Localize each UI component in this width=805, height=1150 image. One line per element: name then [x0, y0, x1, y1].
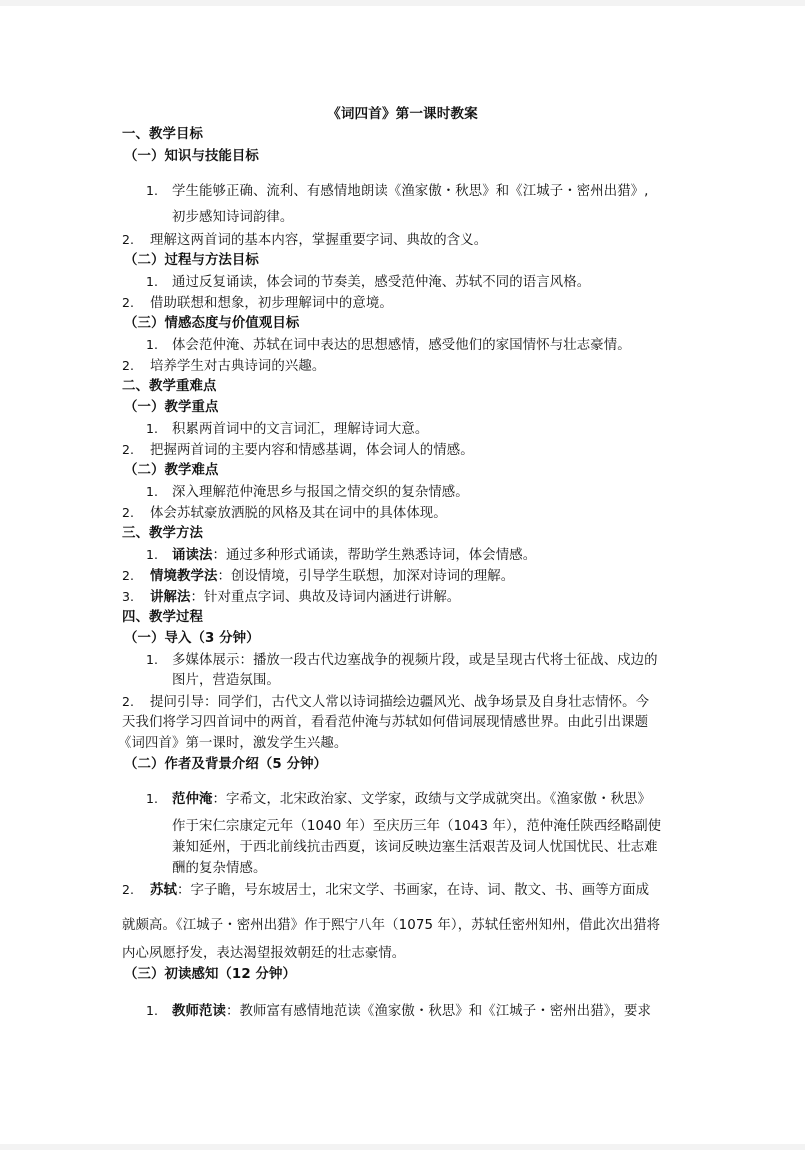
subsection-heading-focus: （一）教学重点 — [124, 399, 218, 417]
item-text: ：创设情境，引导学生联想，加深对诗词的理解。 — [217, 569, 514, 584]
item-text: 深入理解范仲淹思乡与报国之情交织的复杂情感。 — [172, 485, 469, 500]
document-title: 《词四首》第一课时教案 — [0, 105, 805, 123]
item-text-continuation: 内心夙愿抒发，表达渴望报效朝廷的壮志豪情。 — [122, 945, 405, 963]
list-item: 2.情境教学法：创设情境，引导学生联想，加深对诗词的理解。 — [122, 567, 514, 586]
list-item: 3.讲解法：针对重点字词、典故及诗词内涵进行讲解。 — [122, 588, 460, 607]
item-number: 3. — [122, 588, 150, 606]
item-text: 理解这两首词的基本内容，掌握重要字词、典故的含义。 — [150, 233, 487, 248]
list-item: 1.深入理解范仲淹思乡与报国之情交织的复杂情感。 — [146, 483, 469, 502]
section-heading-process: 四、教学过程 — [122, 609, 203, 627]
section-heading-methods: 三、教学方法 — [122, 525, 203, 543]
item-number: 2. — [122, 294, 150, 312]
list-item: 1.范仲淹：字希文，北宋政治家、文学家，政绩与文学成就突出。《渔家傲・秋思》 — [146, 790, 651, 809]
item-number: 1. — [146, 546, 172, 564]
list-item: 2.理解这两首词的基本内容，掌握重要字词、典故的含义。 — [122, 231, 487, 250]
item-number: 1. — [146, 790, 172, 808]
item-term: 范仲淹 — [172, 792, 212, 807]
list-item: 2.提问引导：同学们，古代文人常以诗词描绘边疆风光、战争场景及自身壮志情怀。今 — [122, 693, 649, 712]
section-heading-objectives: 一、教学目标 — [122, 126, 203, 144]
item-term: 苏轼 — [150, 883, 177, 898]
item-text: ：字希文，北宋政治家、文学家，政绩与文学成就突出。《渔家傲・秋思》 — [212, 792, 651, 807]
list-item: 1.教师范读：教师富有感情地范读《渔家傲・秋思》和《江城子・密州出猎》，要求 — [146, 1002, 651, 1021]
item-term: 讲解法 — [150, 590, 190, 605]
subsection-heading-authors: （二）作者及背景介绍（5 分钟） — [124, 756, 327, 774]
item-text: 体会苏轼豪放洒脱的风格及其在词中的具体体现。 — [150, 506, 447, 521]
item-text: 通过反复诵读，体会词的节奏美，感受范仲淹、苏轼不同的语言风格。 — [172, 275, 590, 290]
item-text: 体会范仲淹、苏轼在词中表达的思想感情，感受他们的家国情怀与壮志豪情。 — [172, 338, 631, 353]
document-page: 《词四首》第一课时教案 一、教学目标 （一）知识与技能目标 1.学生能够正确、流… — [0, 6, 805, 1144]
list-item: 2.体会苏轼豪放洒脱的风格及其在词中的具体体现。 — [122, 504, 447, 523]
item-number: 1. — [146, 483, 172, 501]
list-item: 2.培养学生对古典诗词的兴趣。 — [122, 357, 325, 376]
subsection-heading-process: （二）过程与方法目标 — [124, 252, 259, 270]
item-text: ：针对重点字词、典故及诗词内涵进行讲解。 — [190, 590, 460, 605]
list-item: 1.学生能够正确、流利、有感情地朗读《渔家傲・秋思》和《江城子・密州出猎》, — [146, 182, 649, 201]
list-item: 1.通过反复诵读，体会词的节奏美，感受范仲淹、苏轼不同的语言风格。 — [146, 273, 590, 292]
item-text: 积累两首词中的文言词汇，理解诗词大意。 — [172, 422, 428, 437]
item-text-continuation: 初步感知诗词韵律。 — [172, 209, 293, 227]
item-text: 多媒体展示：播放一段古代边塞战争的视频片段，或是呈现古代将士征战、戍边的 — [172, 653, 658, 668]
section-heading-key-points: 二、教学重难点 — [122, 378, 216, 396]
item-text-continuation: 天我们将学习四首词中的两首，看看范仲淹与苏轼如何借词展现情感世界。由此引出课题 — [122, 714, 648, 732]
item-number: 1. — [146, 336, 172, 354]
subsection-heading-difficulty: （二）教学难点 — [124, 462, 218, 480]
item-text: 学生能够正确、流利、有感情地朗读《渔家傲・秋思》和《江城子・密州出猎》, — [172, 184, 649, 199]
item-text-continuation: 图片，营造氛围。 — [172, 672, 280, 690]
item-text-continuation: 兼知延州，于西北前线抗击西夏，该词反映边塞生活艰苦及词人忧国忧民、壮志难 — [172, 839, 658, 857]
item-number: 2. — [122, 357, 150, 375]
item-number: 2. — [122, 504, 150, 522]
item-number: 2. — [122, 441, 150, 459]
subsection-heading-intro: （一）导入（3 分钟） — [124, 630, 260, 648]
list-item: 2.借助联想和想象，初步理解词中的意境。 — [122, 294, 393, 313]
item-text: ：通过多种形式诵读，帮助学生熟悉诗词，体会情感。 — [212, 548, 536, 563]
item-number: 1. — [146, 273, 172, 291]
list-item: 1.多媒体展示：播放一段古代边塞战争的视频片段，或是呈现古代将士征战、戍边的 — [146, 651, 658, 670]
item-number: 2. — [122, 881, 150, 899]
subsection-heading-knowledge: （一）知识与技能目标 — [124, 148, 259, 166]
item-number: 2. — [122, 231, 150, 249]
subsection-heading-first-reading: （三）初读感知（12 分钟） — [124, 966, 296, 984]
item-text-continuation: 作于宋仁宗康定元年（1040 年）至庆历三年（1043 年），范仲淹任陕西经略副… — [172, 818, 661, 836]
item-text-continuation: 就颇高。《江城子・密州出猎》作于熙宁八年（1075 年），苏轼任密州知州，借此次… — [122, 917, 660, 935]
subsection-heading-values: （三）情感态度与价值观目标 — [124, 315, 299, 333]
list-item: 1.诵读法：通过多种形式诵读，帮助学生熟悉诗词，体会情感。 — [146, 546, 536, 565]
item-term: 诵读法 — [172, 548, 212, 563]
item-term: 教师范读 — [172, 1004, 226, 1019]
item-number: 1. — [146, 1002, 172, 1020]
item-term: 情境教学法 — [150, 569, 217, 584]
item-text: 借助联想和想象，初步理解词中的意境。 — [150, 296, 393, 311]
item-text-continuation: 《词四首》第一课时，激发学生兴趣。 — [118, 735, 347, 753]
item-text: 培养学生对古典诗词的兴趣。 — [150, 359, 325, 374]
item-text: 提问引导：同学们，古代文人常以诗词描绘边疆风光、战争场景及自身壮志情怀。今 — [150, 695, 649, 710]
item-number: 1. — [146, 651, 172, 669]
list-item: 2.把握两首词的主要内容和情感基调，体会词人的情感。 — [122, 441, 474, 460]
item-text: ：教师富有感情地范读《渔家傲・秋思》和《江城子・密州出猎》，要求 — [226, 1004, 651, 1019]
item-number: 1. — [146, 182, 172, 200]
list-item: 1.体会范仲淹、苏轼在词中表达的思想感情，感受他们的家国情怀与壮志豪情。 — [146, 336, 631, 355]
list-item: 2.苏轼：字子瞻，号东坡居士，北宋文学、书画家，在诗、词、散文、书、画等方面成 — [122, 881, 649, 900]
item-number: 2. — [122, 567, 150, 585]
item-number: 1. — [146, 420, 172, 438]
list-item: 1.积累两首词中的文言词汇，理解诗词大意。 — [146, 420, 428, 439]
item-text: ：字子瞻，号东坡居士，北宋文学、书画家，在诗、词、散文、书、画等方面成 — [177, 883, 649, 898]
item-text-continuation: 酬的复杂情感。 — [172, 860, 266, 878]
item-text: 把握两首词的主要内容和情感基调，体会词人的情感。 — [150, 443, 474, 458]
item-number: 2. — [122, 693, 150, 711]
